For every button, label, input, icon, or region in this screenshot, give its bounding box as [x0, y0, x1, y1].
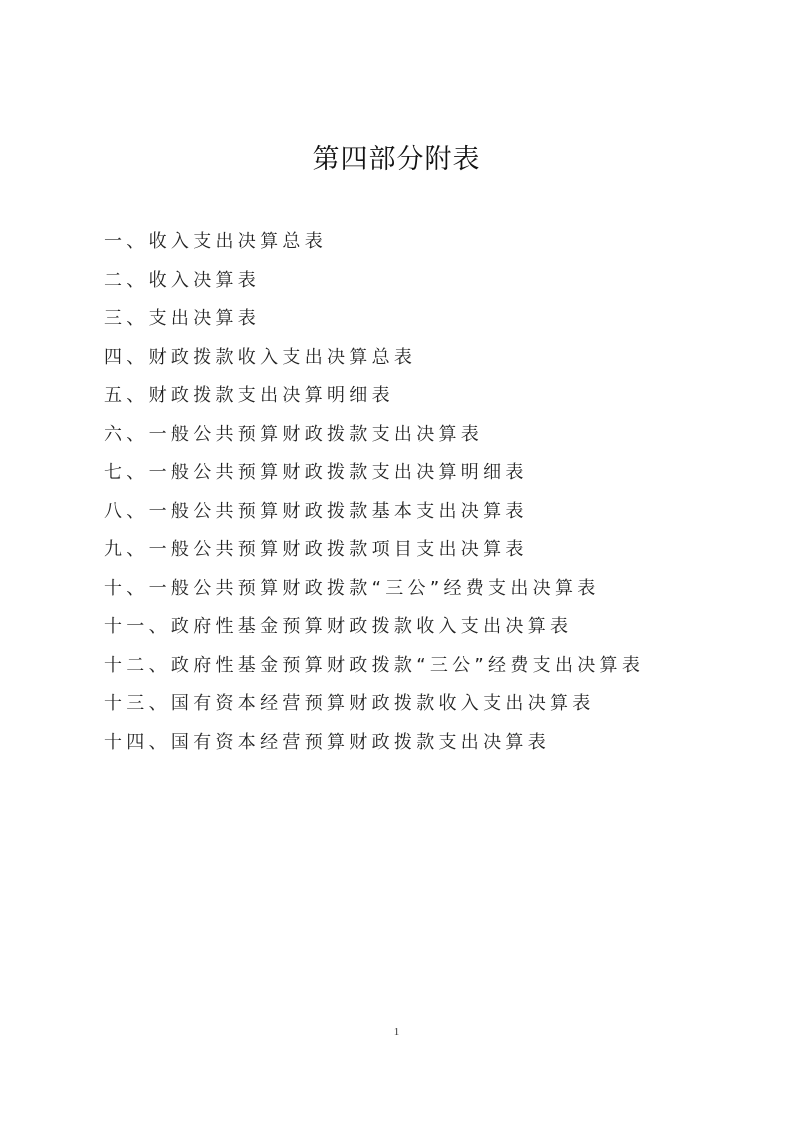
page-number: 1 — [0, 1026, 793, 1038]
list-item: 十一、政府性基金预算财政拨款收入支出决算表 — [104, 611, 644, 650]
list-item: 三、支出决算表 — [104, 303, 644, 342]
list-item: 二、收入决算表 — [104, 265, 644, 304]
page-title: 第四部分附表 — [0, 140, 793, 180]
list-item: 一、收入支出决算总表 — [104, 226, 644, 265]
document-page: 第四部分附表 一、收入支出决算总表 二、收入决算表 三、支出决算表 四、财政拨款… — [0, 0, 793, 1122]
list-item: 十二、政府性基金预算财政拨款“三公”经费支出决算表 — [104, 650, 644, 689]
list-item: 四、财政拨款收入支出决算总表 — [104, 342, 644, 381]
list-item: 十三、国有资本经营预算财政拨款收入支出决算表 — [104, 688, 644, 727]
list-item: 九、一般公共预算财政拨款项目支出决算表 — [104, 534, 644, 573]
list-item: 七、一般公共预算财政拨款支出决算明细表 — [104, 457, 644, 496]
appendix-table-list: 一、收入支出决算总表 二、收入决算表 三、支出决算表 四、财政拨款收入支出决算总… — [104, 226, 644, 765]
list-item: 八、一般公共预算财政拨款基本支出决算表 — [104, 496, 644, 535]
list-item: 十四、国有资本经营预算财政拨款支出决算表 — [104, 727, 644, 766]
list-item: 五、财政拨款支出决算明细表 — [104, 380, 644, 419]
list-item: 六、一般公共预算财政拨款支出决算表 — [104, 419, 644, 458]
list-item: 十、一般公共预算财政拨款“三公”经费支出决算表 — [104, 573, 644, 612]
